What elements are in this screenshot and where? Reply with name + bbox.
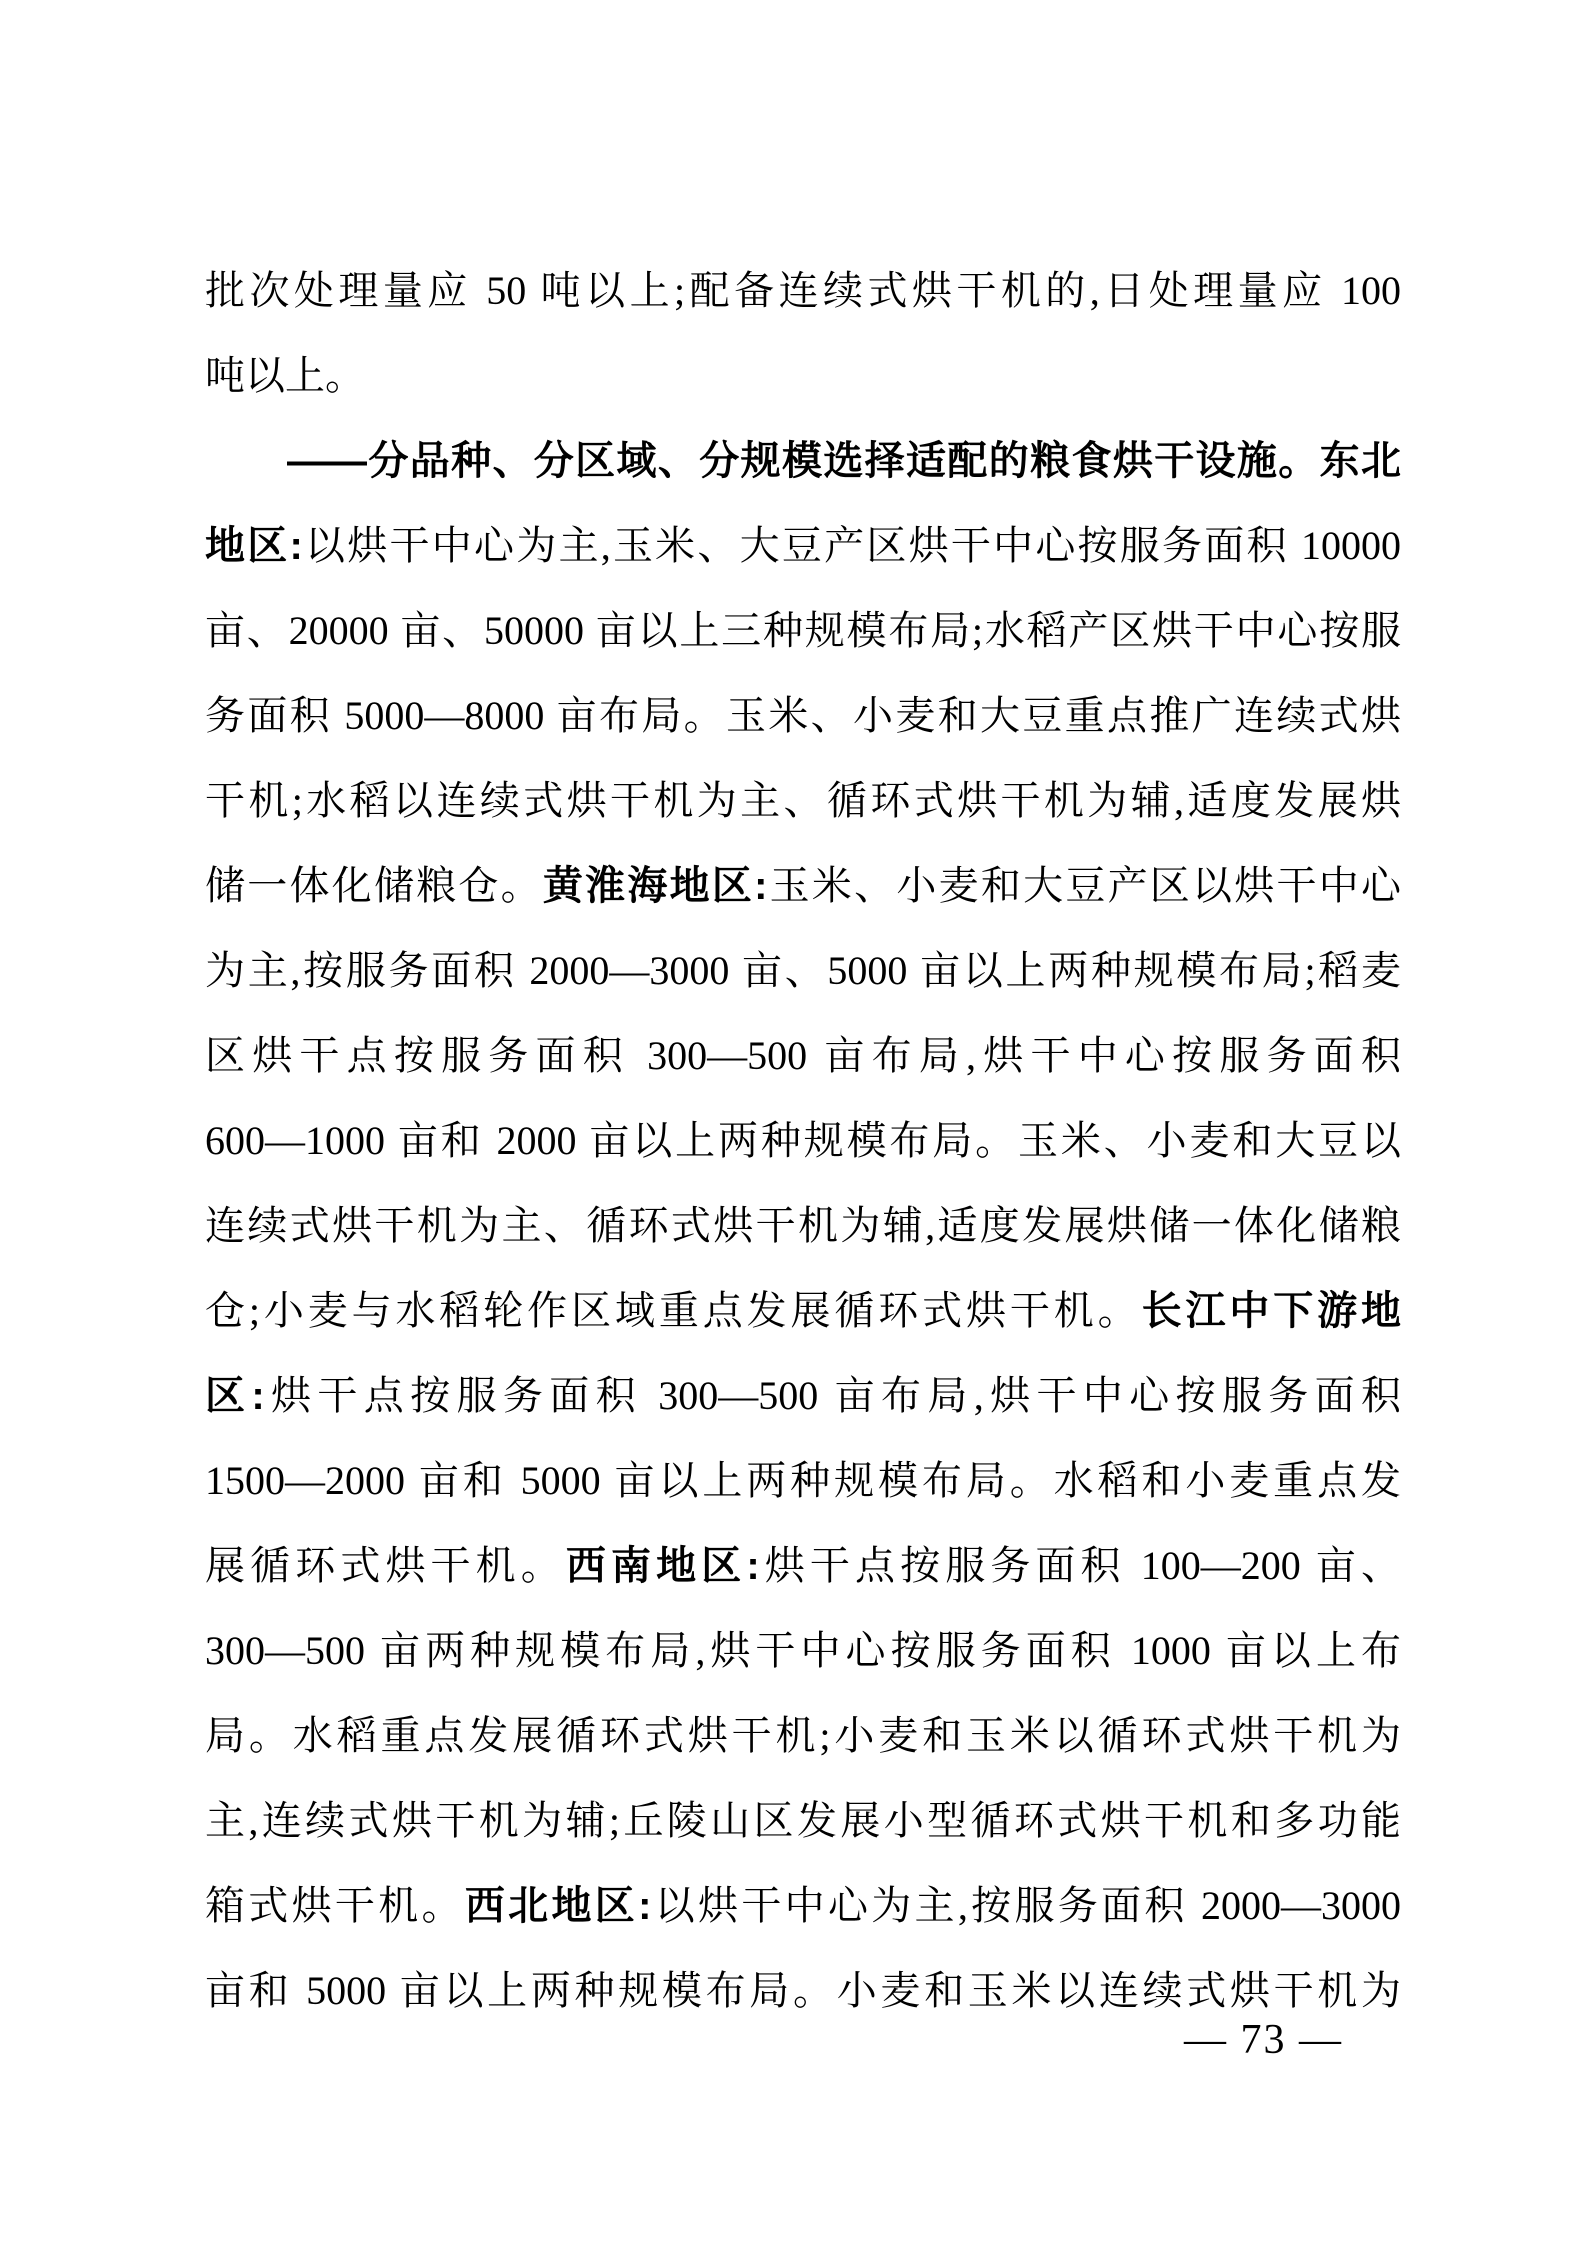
bold-text-segment: 西南地区: (566, 1544, 760, 1588)
body-line: ——分品种、分区域、分规模选择适配的粮食烘干设施。东北 (205, 418, 1401, 503)
bold-text-segment: 西北地区: (465, 1884, 652, 1928)
text-segment: 300—500 亩两种规模布局,烘干中心按服务面积 1000 亩以上布 (205, 1628, 1401, 1673)
text-segment: 以烘干中心为主,玉米、大豆产区烘干中心按服务面积 10000 (303, 523, 1401, 568)
text-segment: 干机;水稻以连续式烘干机为主、循环式烘干机为辅,适度发展烘 (205, 778, 1401, 823)
text-segment: 吨以上。 (205, 353, 365, 398)
body-line: 为主,按服务面积 2000—3000 亩、5000 亩以上两种规模布局;稻麦 (205, 928, 1401, 1013)
bold-text-segment: 地区: (205, 524, 303, 568)
bold-text-segment: ——分品种、分区域、分规模选择适配的粮食烘干设施。东北 (287, 439, 1401, 483)
body-line: 局。水稻重点发展循环式烘干机;小麦和玉米以循环式烘干机为 (205, 1693, 1401, 1778)
body-line: 干机;水稻以连续式烘干机为主、循环式烘干机为辅,适度发展烘 (205, 758, 1401, 843)
text-segment: 烘干点按服务面积 300—500 亩布局,烘干中心按服务面积 (265, 1373, 1401, 1418)
body-line: 务面积 5000—8000 亩布局。玉米、小麦和大豆重点推广连续式烘 (205, 673, 1401, 758)
text-segment: 储一体化储粮仓。 (205, 863, 543, 908)
text-segment: 务面积 5000—8000 亩布局。玉米、小麦和大豆重点推广连续式烘 (205, 693, 1401, 738)
text-segment: 以烘干中心为主,按服务面积 2000—3000 (651, 1883, 1401, 1928)
body-line: 600—1000 亩和 2000 亩以上两种规模布局。玉米、小麦和大豆以 (205, 1098, 1401, 1183)
text-segment: 为主,按服务面积 2000—3000 亩、5000 亩以上两种规模布局;稻麦 (205, 948, 1401, 993)
bold-text-segment: 黄淮海地区: (543, 864, 768, 908)
body-line: 批次处理量应 50 吨以上;配备连续式烘干机的,日处理量应 100 (205, 248, 1401, 333)
body-line: 箱式烘干机。西北地区:以烘干中心为主,按服务面积 2000—3000 (205, 1863, 1401, 1948)
text-segment: 批次处理量应 50 吨以上;配备连续式烘干机的,日处理量应 100 (205, 268, 1401, 313)
body-line: 连续式烘干机为主、循环式烘干机为辅,适度发展烘储一体化储粮 (205, 1183, 1401, 1268)
body-line: 展循环式烘干机。西南地区:烘干点按服务面积 100—200 亩、 (205, 1523, 1401, 1608)
text-segment: 连续式烘干机为主、循环式烘干机为辅,适度发展烘储一体化储粮 (205, 1203, 1401, 1248)
bold-text-segment: 长江中下游地 (1142, 1289, 1401, 1333)
body-line: 吨以上。 (205, 333, 1401, 418)
text-segment: 亩和 5000 亩以上两种规模布局。小麦和玉米以连续式烘干机为 (205, 1968, 1401, 2013)
text-segment: 600—1000 亩和 2000 亩以上两种规模布局。玉米、小麦和大豆以 (205, 1118, 1401, 1163)
text-block: 批次处理量应 50 吨以上;配备连续式烘干机的,日处理量应 100吨以上。——分… (205, 248, 1401, 2033)
text-segment: 区烘干点按服务面积 300—500 亩布局,烘干中心按服务面积 (205, 1033, 1401, 1078)
text-segment: 1500—2000 亩和 5000 亩以上两种规模布局。水稻和小麦重点发 (205, 1458, 1401, 1503)
body-line: 300—500 亩两种规模布局,烘干中心按服务面积 1000 亩以上布 (205, 1608, 1401, 1693)
text-segment: 主,连续式烘干机为辅;丘陵山区发展小型循环式烘干机和多功能 (205, 1798, 1401, 1843)
body-line: 区烘干点按服务面积 300—500 亩布局,烘干中心按服务面积 (205, 1013, 1401, 1098)
body-line: 储一体化储粮仓。黄淮海地区:玉米、小麦和大豆产区以烘干中心 (205, 843, 1401, 928)
page-number: — 73 — (1184, 2016, 1343, 2064)
body-line: 地区:以烘干中心为主,玉米、大豆产区烘干中心按服务面积 10000 (205, 503, 1401, 588)
body-line: 亩、20000 亩、50000 亩以上三种规模布局;水稻产区烘干中心按服 (205, 588, 1401, 673)
text-segment: 烘干点按服务面积 100—200 亩、 (760, 1543, 1401, 1588)
text-segment: 展循环式烘干机。 (205, 1543, 566, 1588)
text-segment: 仓;小麦与水稻轮作区域重点发展循环式烘干机。 (205, 1288, 1142, 1333)
body-line: 仓;小麦与水稻轮作区域重点发展循环式烘干机。长江中下游地 (205, 1268, 1401, 1353)
body-line: 区:烘干点按服务面积 300—500 亩布局,烘干中心按服务面积 (205, 1353, 1401, 1438)
body-line: 主,连续式烘干机为辅;丘陵山区发展小型循环式烘干机和多功能 (205, 1778, 1401, 1863)
document-page: 批次处理量应 50 吨以上;配备连续式烘干机的,日处理量应 100吨以上。——分… (0, 0, 1587, 2245)
bold-text-segment: 区: (205, 1374, 265, 1418)
text-segment: 局。水稻重点发展循环式烘干机;小麦和玉米以循环式烘干机为 (205, 1713, 1401, 1758)
text-segment: 亩、20000 亩、50000 亩以上三种规模布局;水稻产区烘干中心按服 (205, 608, 1401, 653)
text-segment: 箱式烘干机。 (205, 1883, 465, 1928)
body-line: 1500—2000 亩和 5000 亩以上两种规模布局。水稻和小麦重点发 (205, 1438, 1401, 1523)
text-segment: 玉米、小麦和大豆产区以烘干中心 (767, 863, 1401, 908)
